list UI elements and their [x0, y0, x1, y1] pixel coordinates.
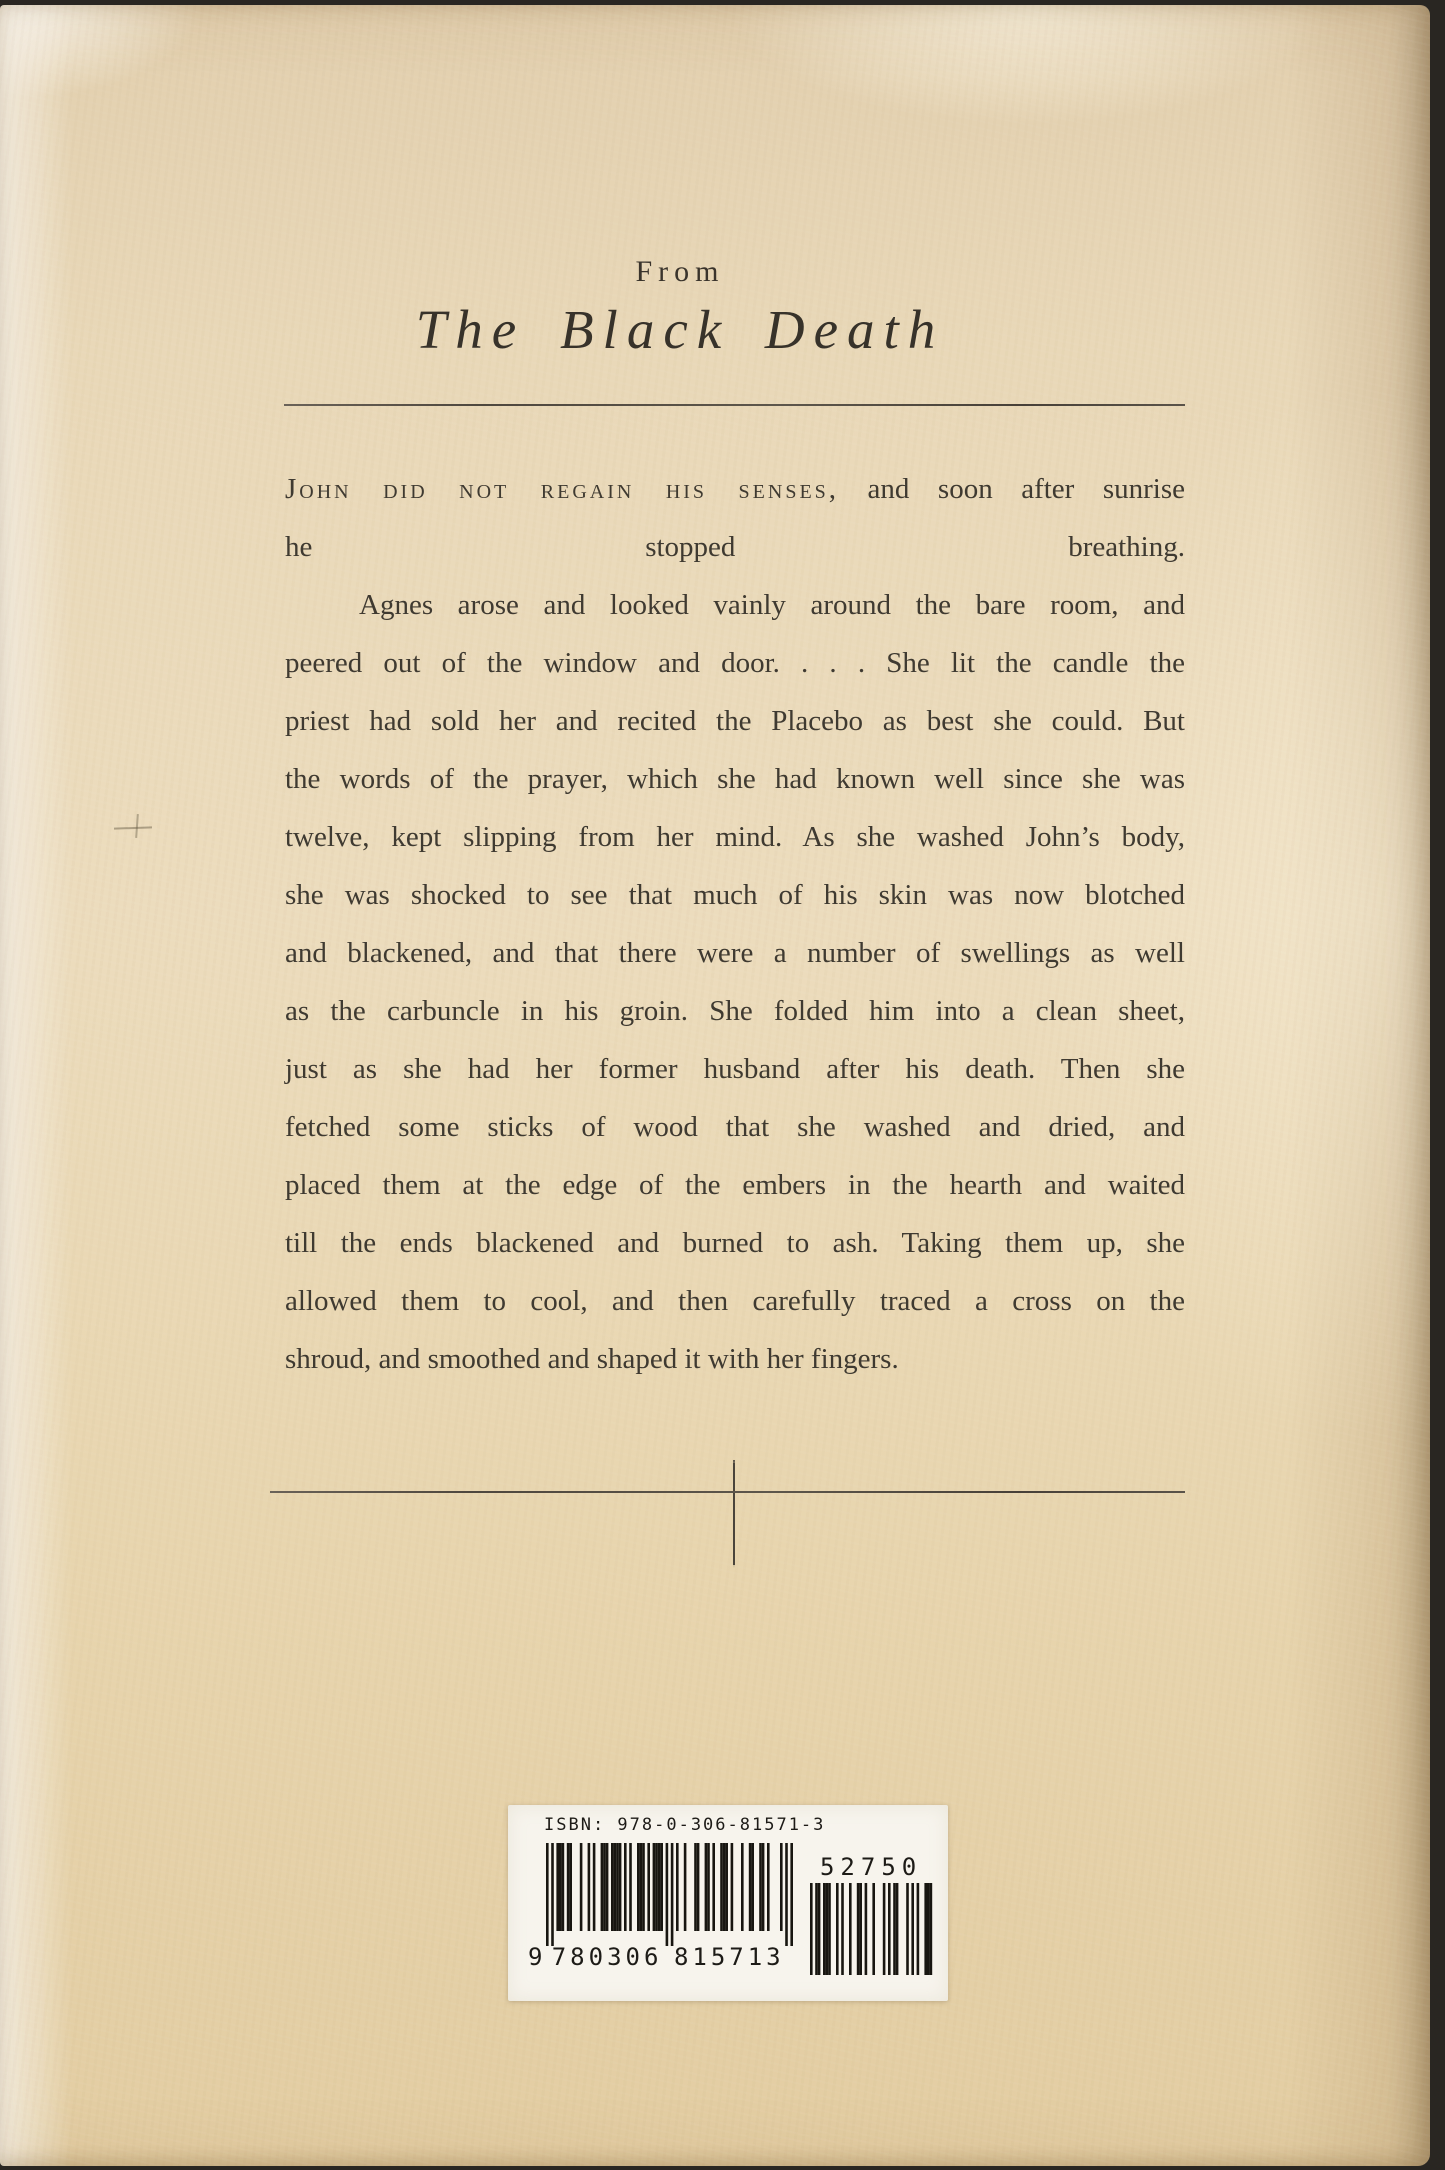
excerpt-line: shroud, and smoothed and shaped it with …	[285, 1330, 1185, 1388]
top-rule	[284, 404, 1185, 406]
excerpt-line: till the ends blackened and burned to as…	[285, 1214, 1185, 1272]
price-code-digits: 52750	[820, 1855, 922, 1881]
excerpt-line: the words of the prayer, which she had k…	[285, 750, 1185, 808]
opening-line-rest: and soon after sunrise	[839, 473, 1185, 505]
bottom-rule-cross-stroke-core	[733, 1463, 735, 1565]
ean-lead-digit: 9	[528, 1943, 542, 1971]
excerpt-line: priest had sold her and recited the Plac…	[285, 692, 1185, 750]
pencil-plus-mark	[114, 811, 154, 843]
photo-frame: From The Black Death John did not regain…	[0, 0, 1445, 2170]
excerpt-line: twelve, kept slipping from her mind. As …	[285, 808, 1185, 866]
excerpt-line: Agnes arose and looked vainly around the…	[285, 576, 1185, 634]
price-supplement-barcode: 52750	[810, 1855, 936, 1979]
excerpt-line: placed them at the edge of the embers in…	[285, 1156, 1185, 1214]
excerpt-line: fetched some sticks of wood that she was…	[285, 1098, 1185, 1156]
opening-small-caps: John did not regain his senses,	[285, 473, 839, 505]
excerpt-line: and blackened, and that there were a num…	[285, 924, 1185, 982]
ean13-barcode: 9780306815713	[528, 1843, 794, 1977]
book-title: The Black Death	[285, 297, 1075, 363]
book-back-cover: From The Black Death John did not regain…	[0, 5, 1430, 2166]
excerpt-line: she was shocked to see that much of his …	[285, 866, 1185, 924]
excerpt-paragraph-2: Agnes arose and looked vainly around the…	[285, 576, 1185, 1388]
barcode-label: ISBN: 978-0-306-81571-3 9780306815713 52…	[508, 1805, 948, 2001]
ean-left-digits: 780306	[552, 1943, 663, 1971]
excerpt-line: as the carbuncle in his groin. She folde…	[285, 982, 1185, 1040]
isbn-text: ISBN: 978-0-306-81571-3	[544, 1815, 825, 1835]
excerpt-opening-line: John did not regain his senses, and soon…	[285, 460, 1185, 518]
excerpt-line: allowed them to cool, and then carefully…	[285, 1272, 1185, 1330]
pencil-mark-horizontal	[114, 826, 152, 829]
excerpt-text: John did not regain his senses, and soon…	[285, 460, 1185, 1388]
bottom-rule	[270, 1491, 1185, 1493]
excerpt-line: peered out of the window and door. . . .…	[285, 634, 1185, 692]
ean-right-digits: 815713	[674, 1943, 785, 1971]
excerpt-line: just as she had her former husband after…	[285, 1040, 1185, 1098]
heading-block: From The Black Death	[285, 253, 1075, 363]
excerpt-line: he stopped breathing.	[285, 518, 1185, 576]
heading-kicker: From	[285, 253, 1075, 291]
excerpt-paragraph-1: he stopped breathing.	[285, 518, 1185, 576]
